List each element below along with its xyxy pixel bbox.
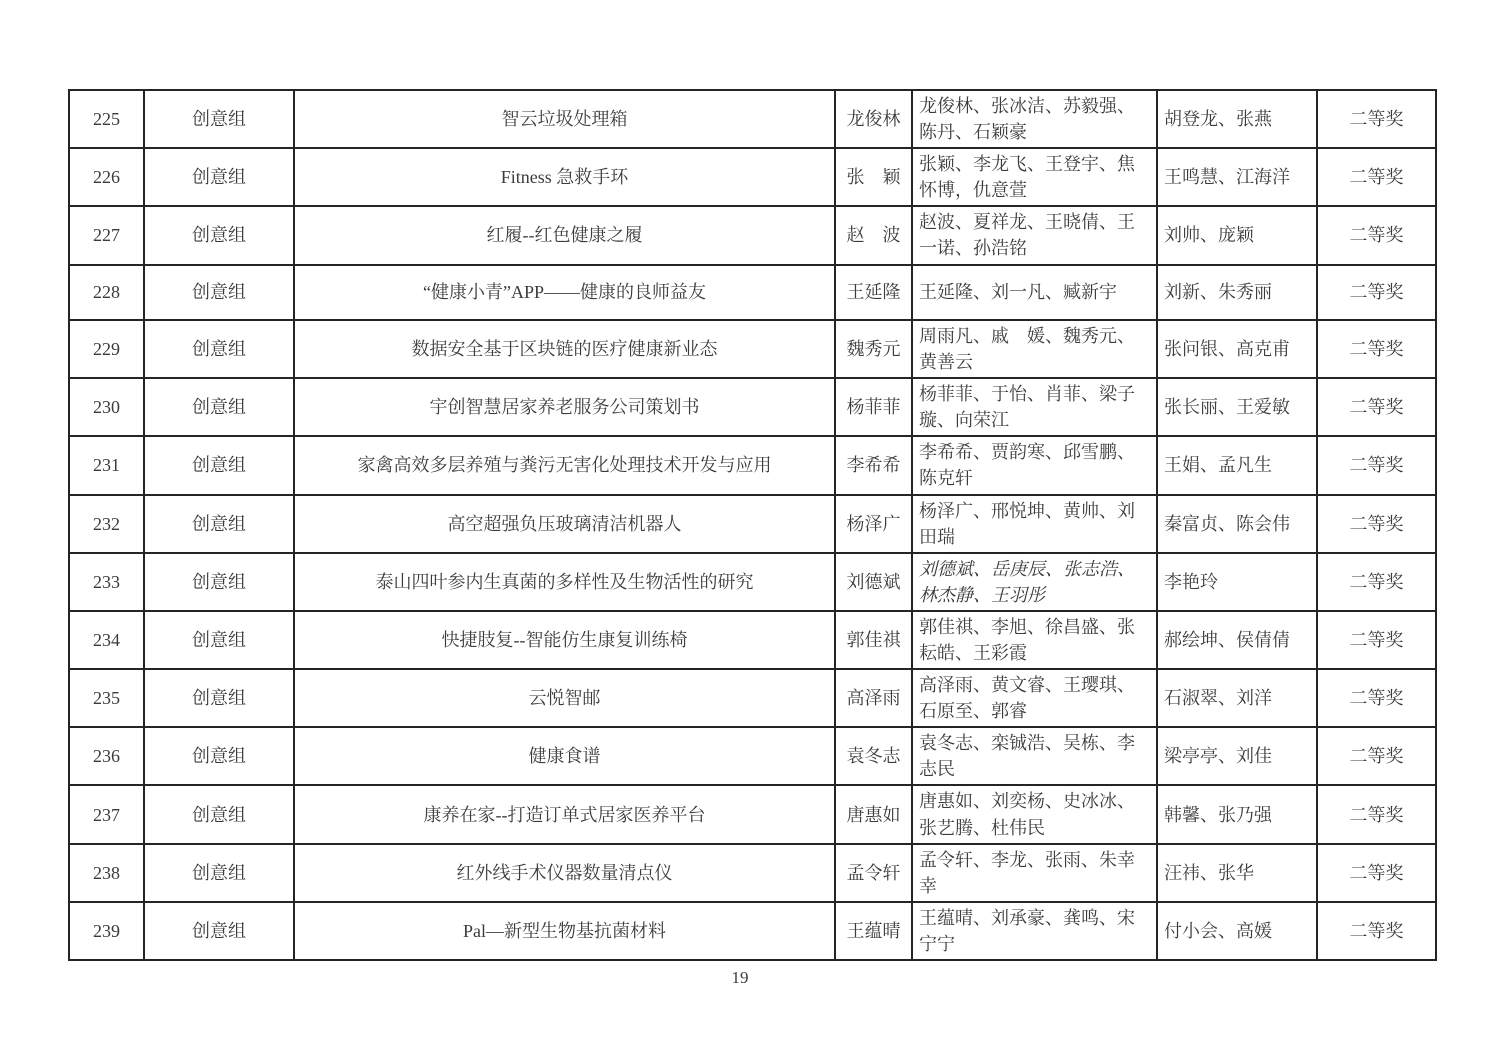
cell-advisors: 李艳玲 [1157,553,1317,611]
cell-award-level: 二等奖 [1317,844,1436,902]
cell-serial-number: 228 [69,265,144,320]
cell-award-level: 二等奖 [1317,727,1436,785]
cell-project-title: 数据安全基于区块链的医疗健康新业态 [294,320,835,378]
cell-team-leader: 唐惠如 [835,785,912,843]
cell-team-leader: 李希希 [835,436,912,494]
cell-team-members: 孟令轩、李龙、张雨、朱幸幸 [912,844,1157,902]
cell-project-title: “健康小青”APP——健康的良师益友 [294,265,835,320]
cell-advisors: 王娟、孟凡生 [1157,436,1317,494]
cell-award-level: 二等奖 [1317,669,1436,727]
cell-serial-number: 236 [69,727,144,785]
cell-advisors: 梁亭亭、刘佳 [1157,727,1317,785]
cell-team-leader: 杨泽广 [835,495,912,553]
cell-advisors: 韩馨、张乃强 [1157,785,1317,843]
cell-team-members: 张颖、李龙飞、王登宇、焦怀博，仇意萱 [912,148,1157,206]
cell-team-leader: 魏秀元 [835,320,912,378]
cell-award-level: 二等奖 [1317,378,1436,436]
cell-group-category: 创意组 [144,785,294,843]
cell-group-category: 创意组 [144,727,294,785]
cell-project-title: 云悦智邮 [294,669,835,727]
cell-project-title: 智云垃圾处理箱 [294,90,835,148]
cell-group-category: 创意组 [144,611,294,669]
cell-group-category: 创意组 [144,320,294,378]
cell-project-title: 红履--红色健康之履 [294,206,835,264]
cell-project-title: 宇创智慧居家养老服务公司策划书 [294,378,835,436]
cell-team-leader: 王延隆 [835,265,912,320]
cell-team-members: 赵波、夏祥龙、王晓倩、王一诺、孙浩铭 [912,206,1157,264]
table-row: 235 创意组 云悦智邮 高泽雨 高泽雨、黄文睿、王璎琪、石原至、郭睿 石淑翠、… [69,669,1436,727]
cell-serial-number: 230 [69,378,144,436]
cell-project-title: 康养在家--打造订单式居家医养平台 [294,785,835,843]
cell-team-members: 龙俊林、张冰洁、苏毅强、陈丹、石颖豪 [912,90,1157,148]
cell-award-level: 二等奖 [1317,206,1436,264]
cell-team-members: 王延隆、刘一凡、臧新宇 [912,265,1157,320]
cell-group-category: 创意组 [144,902,294,960]
cell-serial-number: 227 [69,206,144,264]
cell-team-members: 杨泽广、邢悦坤、黄帅、刘田瑞 [912,495,1157,553]
table-row: 227 创意组 红履--红色健康之履 赵 波 赵波、夏祥龙、王晓倩、王一诺、孙浩… [69,206,1436,264]
cell-award-level: 二等奖 [1317,611,1436,669]
cell-advisors: 石淑翠、刘洋 [1157,669,1317,727]
table-row: 237 创意组 康养在家--打造订单式居家医养平台 唐惠如 唐惠如、刘奕杨、史冰… [69,785,1436,843]
table-row: 231 创意组 家禽高效多层养殖与粪污无害化处理技术开发与应用 李希希 李希希、… [69,436,1436,494]
cell-project-title: Fitness 急救手环 [294,148,835,206]
cell-project-title: 红外线手术仪器数量清点仪 [294,844,835,902]
cell-advisors: 张问银、高克甫 [1157,320,1317,378]
cell-team-leader: 郭佳祺 [835,611,912,669]
cell-team-members: 高泽雨、黄文睿、王璎琪、石原至、郭睿 [912,669,1157,727]
cell-award-level: 二等奖 [1317,148,1436,206]
cell-advisors: 刘帅、庞颖 [1157,206,1317,264]
cell-advisors: 汪祎、张华 [1157,844,1317,902]
cell-serial-number: 231 [69,436,144,494]
cell-group-category: 创意组 [144,206,294,264]
cell-team-leader: 龙俊林 [835,90,912,148]
cell-award-level: 二等奖 [1317,495,1436,553]
cell-team-members: 王蕴晴、刘承豪、龚鸣、宋宁宁 [912,902,1157,960]
cell-team-leader: 袁冬志 [835,727,912,785]
cell-award-level: 二等奖 [1317,902,1436,960]
award-list-table: 225 创意组 智云垃圾处理箱 龙俊林 龙俊林、张冰洁、苏毅强、陈丹、石颖豪 胡… [68,89,1437,961]
cell-team-leader: 高泽雨 [835,669,912,727]
cell-project-title: 家禽高效多层养殖与粪污无害化处理技术开发与应用 [294,436,835,494]
document-page: 225 创意组 智云垃圾处理箱 龙俊林 龙俊林、张冰洁、苏毅强、陈丹、石颖豪 胡… [0,0,1500,1060]
cell-team-members: 周雨凡、戚 媛、魏秀元、黄善云 [912,320,1157,378]
cell-serial-number: 226 [69,148,144,206]
cell-group-category: 创意组 [144,844,294,902]
cell-team-members: 李希希、贾韵寒、邱雪鹏、陈克轩 [912,436,1157,494]
cell-team-leader: 刘德斌 [835,553,912,611]
cell-advisors: 刘新、朱秀丽 [1157,265,1317,320]
cell-award-level: 二等奖 [1317,785,1436,843]
cell-team-leader: 张 颖 [835,148,912,206]
cell-project-title: 健康食谱 [294,727,835,785]
table-row: 232 创意组 高空超强负压玻璃清洁机器人 杨泽广 杨泽广、邢悦坤、黄帅、刘田瑞… [69,495,1436,553]
cell-group-category: 创意组 [144,378,294,436]
cell-team-leader: 赵 波 [835,206,912,264]
cell-serial-number: 237 [69,785,144,843]
cell-group-category: 创意组 [144,495,294,553]
cell-serial-number: 234 [69,611,144,669]
cell-team-members: 杨菲菲、于怡、肖菲、梁子璇、向荣江 [912,378,1157,436]
cell-group-category: 创意组 [144,265,294,320]
cell-award-level: 二等奖 [1317,436,1436,494]
cell-advisors: 张长丽、王爱敏 [1157,378,1317,436]
cell-serial-number: 235 [69,669,144,727]
cell-serial-number: 239 [69,902,144,960]
cell-group-category: 创意组 [144,553,294,611]
cell-project-title: 快捷肢复--智能仿生康复训练椅 [294,611,835,669]
table-row: 228 创意组 “健康小青”APP——健康的良师益友 王延隆 王延隆、刘一凡、臧… [69,265,1436,320]
cell-project-title: 泰山四叶参内生真菌的多样性及生物活性的研究 [294,553,835,611]
cell-award-level: 二等奖 [1317,553,1436,611]
table-row: 230 创意组 宇创智慧居家养老服务公司策划书 杨菲菲 杨菲菲、于怡、肖菲、梁子… [69,378,1436,436]
table-row: 238 创意组 红外线手术仪器数量清点仪 孟令轩 孟令轩、李龙、张雨、朱幸幸 汪… [69,844,1436,902]
cell-serial-number: 225 [69,90,144,148]
cell-serial-number: 229 [69,320,144,378]
cell-group-category: 创意组 [144,436,294,494]
cell-award-level: 二等奖 [1317,90,1436,148]
cell-group-category: 创意组 [144,669,294,727]
page-number: 19 [0,968,1480,988]
cell-team-leader: 王蕴晴 [835,902,912,960]
cell-team-members: 唐惠如、刘奕杨、史冰冰、张艺腾、杜伟民 [912,785,1157,843]
cell-award-level: 二等奖 [1317,320,1436,378]
table-row: 233 创意组 泰山四叶参内生真菌的多样性及生物活性的研究 刘德斌 刘德斌、岳庚… [69,553,1436,611]
cell-serial-number: 233 [69,553,144,611]
cell-advisors: 胡登龙、张燕 [1157,90,1317,148]
cell-award-level: 二等奖 [1317,265,1436,320]
cell-advisors: 王鸣慧、江海洋 [1157,148,1317,206]
cell-project-title: 高空超强负压玻璃清洁机器人 [294,495,835,553]
award-table-body: 225 创意组 智云垃圾处理箱 龙俊林 龙俊林、张冰洁、苏毅强、陈丹、石颖豪 胡… [69,90,1436,960]
cell-advisors: 付小会、高媛 [1157,902,1317,960]
cell-project-title: Pal—新型生物基抗菌材料 [294,902,835,960]
table-row: 229 创意组 数据安全基于区块链的医疗健康新业态 魏秀元 周雨凡、戚 媛、魏秀… [69,320,1436,378]
table-row: 226 创意组 Fitness 急救手环 张 颖 张颖、李龙飞、王登宇、焦怀博，… [69,148,1436,206]
cell-advisors: 郝绘坤、侯倩倩 [1157,611,1317,669]
table-row: 239 创意组 Pal—新型生物基抗菌材料 王蕴晴 王蕴晴、刘承豪、龚鸣、宋宁宁… [69,902,1436,960]
cell-group-category: 创意组 [144,148,294,206]
cell-team-members: 郭佳祺、李旭、徐昌盛、张耘皓、王彩霞 [912,611,1157,669]
table-row: 234 创意组 快捷肢复--智能仿生康复训练椅 郭佳祺 郭佳祺、李旭、徐昌盛、张… [69,611,1436,669]
cell-serial-number: 238 [69,844,144,902]
table-row: 236 创意组 健康食谱 袁冬志 袁冬志、栾铖浩、吴栋、李志民 梁亭亭、刘佳 二… [69,727,1436,785]
cell-team-members: 刘德斌、岳庚辰、张志浩、林杰静、王羽彤 [912,553,1157,611]
cell-team-members: 袁冬志、栾铖浩、吴栋、李志民 [912,727,1157,785]
cell-team-leader: 孟令轩 [835,844,912,902]
cell-team-leader: 杨菲菲 [835,378,912,436]
table-row: 225 创意组 智云垃圾处理箱 龙俊林 龙俊林、张冰洁、苏毅强、陈丹、石颖豪 胡… [69,90,1436,148]
cell-serial-number: 232 [69,495,144,553]
cell-group-category: 创意组 [144,90,294,148]
cell-advisors: 秦富贞、陈会伟 [1157,495,1317,553]
